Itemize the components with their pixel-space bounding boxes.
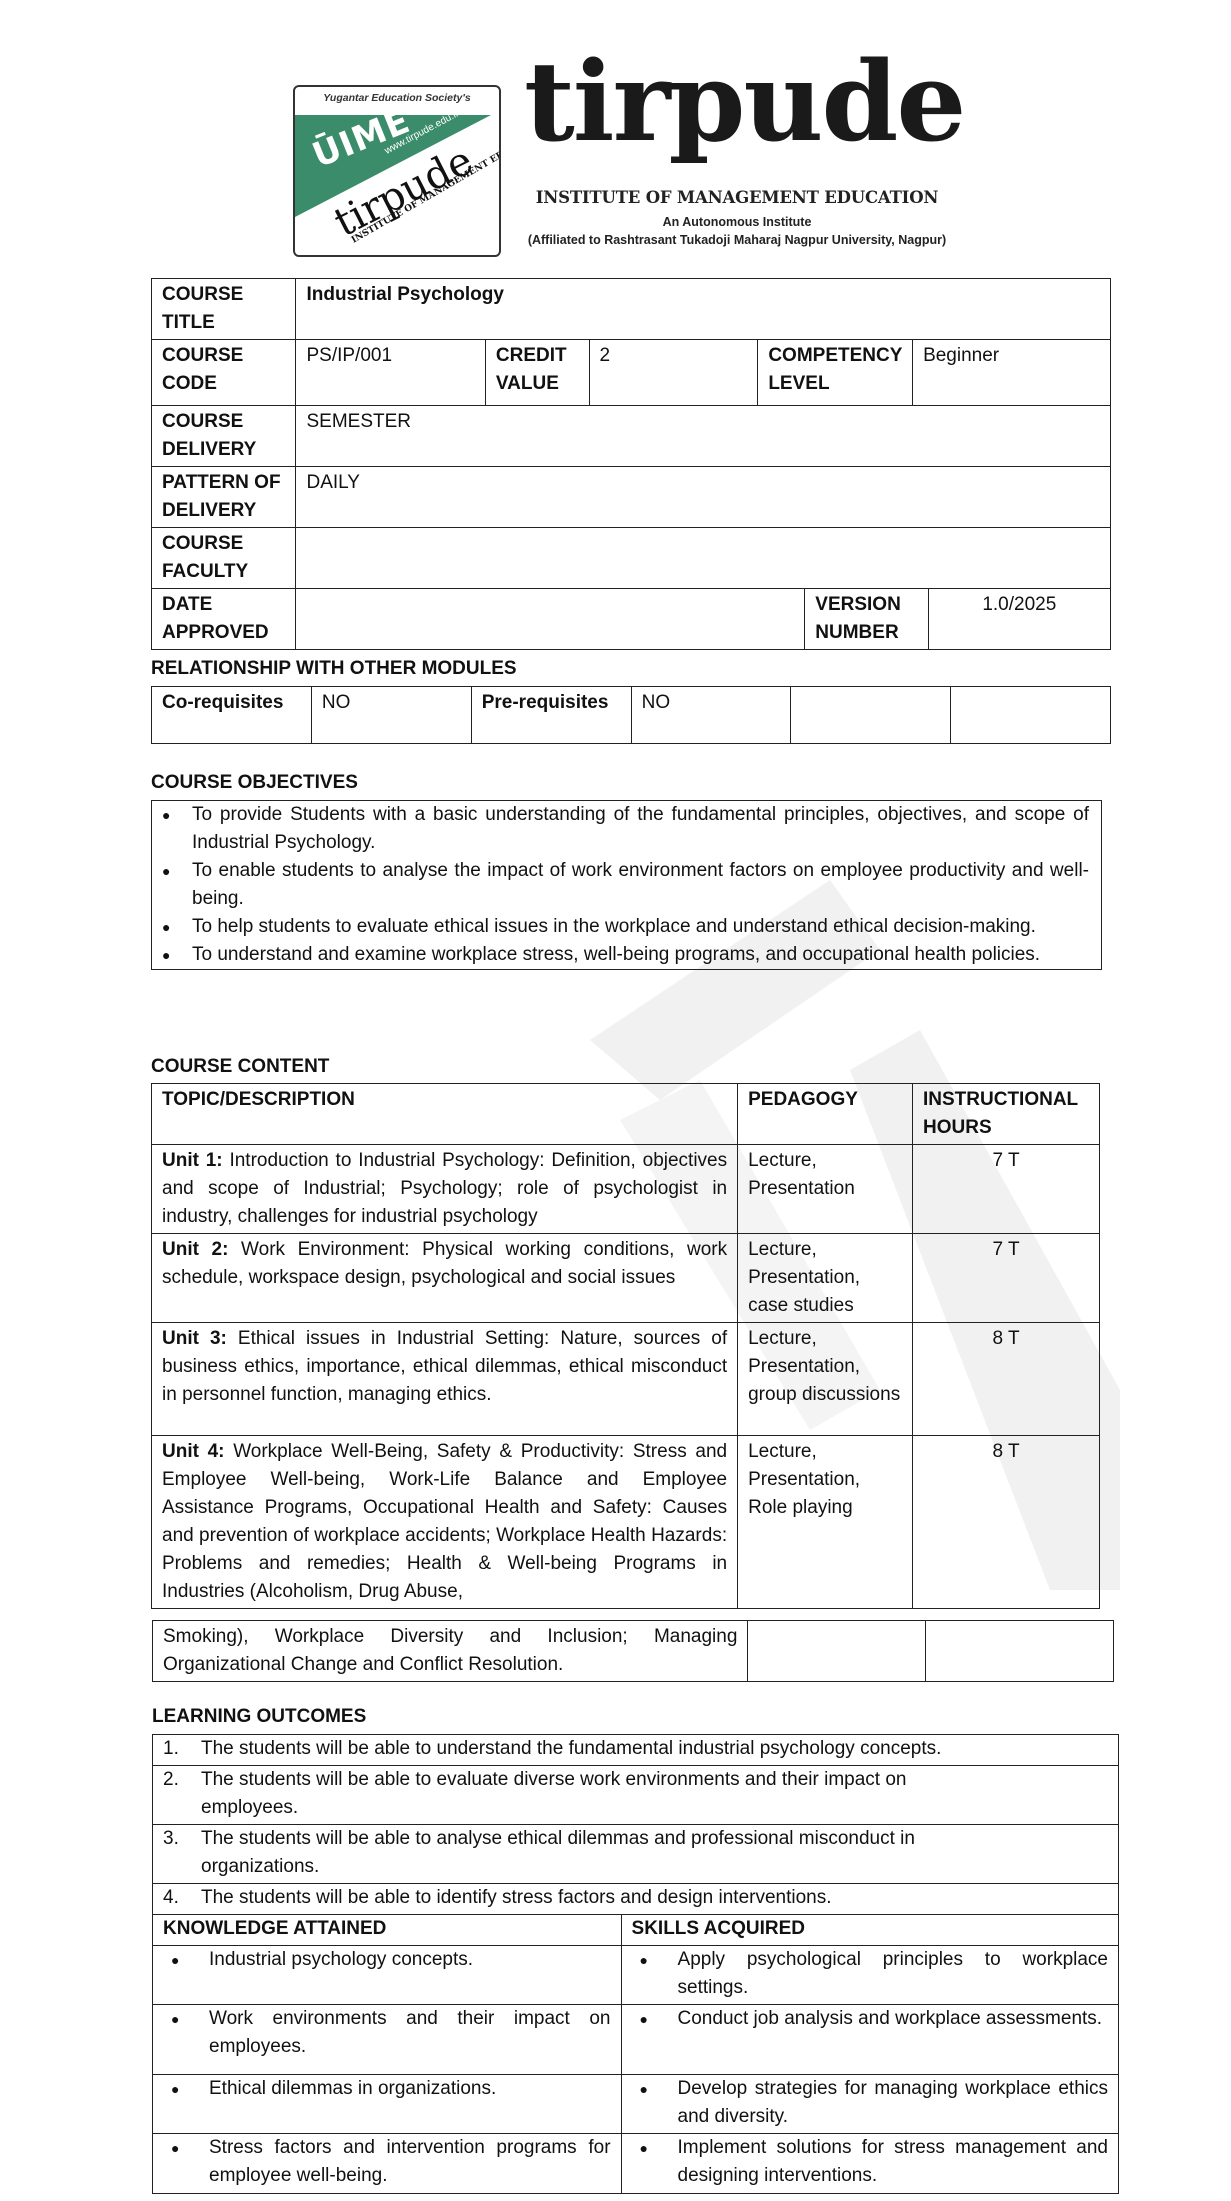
continuation-text: Smoking), Workplace Diversity and Inclus… — [153, 1621, 748, 1682]
bullet-icon: ● — [632, 2134, 678, 2190]
outcome-row: 2.The students will be able to evaluate … — [153, 1766, 1119, 1825]
outcome-row: 4.The students will be able to identify … — [153, 1884, 1119, 1915]
empty-cell — [926, 1621, 1114, 1682]
course-delivery-label: COURSE DELIVERY — [152, 406, 296, 467]
content-title: COURSE CONTENT — [151, 1056, 329, 1078]
header-topic: TOPIC/DESCRIPTION — [152, 1084, 738, 1145]
unit-label: Unit 1: — [162, 1150, 223, 1171]
outcome-pair-row: ●Industrial psychology concepts. ●Apply … — [153, 1946, 1119, 2005]
unit-pedagogy: Lecture, Presentation, case studies — [738, 1234, 913, 1323]
outcome-number: 2. — [163, 1766, 201, 1822]
faculty-label: COURSE FACULTY — [152, 528, 296, 589]
knowledge-item: Industrial psychology concepts. — [209, 1946, 611, 1974]
affiliation-label: (Affiliated to Rashtrasant Tukadoji Maha… — [520, 233, 954, 247]
course-delivery-value: SEMESTER — [296, 406, 1111, 467]
course-title-value: Industrial Psychology — [296, 279, 1111, 340]
objectives-box: To provide Students with a basic underst… — [151, 800, 1102, 970]
brand-name: tirpude — [524, 30, 964, 173]
competency-level-label: COMPETENCY LEVEL — [758, 340, 913, 406]
competency-level-value: Beginner — [913, 340, 1111, 406]
empty-cell — [951, 687, 1111, 744]
bullet-icon: ● — [163, 2005, 209, 2061]
unit-text: Work Environment: Physical working condi… — [162, 1239, 727, 1288]
empty-cell — [748, 1621, 926, 1682]
course-content-table: TOPIC/DESCRIPTION PEDAGOGY INSTRUCTIONAL… — [151, 1083, 1100, 1609]
credit-value: 2 — [589, 340, 758, 406]
course-content-continuation: Smoking), Workplace Diversity and Inclus… — [152, 1620, 1114, 1682]
unit-label: Unit 4: — [162, 1441, 225, 1462]
outcome-number: 3. — [163, 1825, 201, 1881]
knowledge-item: Work environments and their impact on em… — [209, 2005, 611, 2061]
course-title-label: COURSE TITLE — [152, 279, 296, 340]
objective-item: To enable students to analyse the impact… — [152, 857, 1089, 913]
relationship-title: RELATIONSHIP WITH OTHER MODULES — [151, 658, 517, 680]
date-approved-value — [296, 589, 805, 650]
version-value: 1.0/2025 — [928, 589, 1110, 650]
pre-requisites-value: NO — [631, 687, 791, 744]
unit-hours: 8 T — [913, 1436, 1100, 1609]
outcome-text: The students will be able to analyse eth… — [201, 1825, 1108, 1881]
institute-name: INSTITUTE OF MANAGEMENT EDUCATION — [522, 188, 952, 207]
bullet-icon: ● — [163, 2075, 209, 2103]
outcome-text: The students will be able to identify st… — [201, 1884, 1108, 1912]
skill-item: Develop strategies for managing workplac… — [678, 2075, 1108, 2131]
unit-row: Unit 2: Work Environment: Physical worki… — [152, 1234, 1100, 1323]
empty-cell — [791, 687, 951, 744]
bullet-icon: ● — [632, 2075, 678, 2131]
unit-label: Unit 3: — [162, 1328, 227, 1349]
outcome-row: 3.The students will be able to analyse e… — [153, 1825, 1119, 1884]
autonomous-label: An Autonomous Institute — [520, 215, 954, 229]
header-hours: INSTRUCTIONAL HOURS — [913, 1084, 1100, 1145]
skill-item: Apply psychological principles to workpl… — [678, 1946, 1108, 2002]
date-approved-label: DATE APPROVED — [152, 589, 296, 650]
outcome-pair-row: ●Work environments and their impact on e… — [153, 2005, 1119, 2075]
unit-hours: 8 T — [913, 1323, 1100, 1436]
objective-item: To understand and examine workplace stre… — [152, 941, 1089, 969]
version-label: VERSION NUMBER — [805, 589, 928, 650]
outcome-text: The students will be able to understand … — [201, 1735, 1108, 1763]
outcome-number: 1. — [163, 1735, 201, 1763]
objectives-title: COURSE OBJECTIVES — [151, 772, 358, 794]
knowledge-item: Stress factors and intervention programs… — [209, 2134, 611, 2190]
pattern-value: DAILY — [296, 467, 1111, 528]
course-code-value: PS/IP/001 — [296, 340, 485, 406]
credit-value-label: CREDIT VALUE — [485, 340, 589, 406]
skill-item: Implement solutions for stress managemen… — [678, 2134, 1108, 2190]
learning-outcomes-table: 1.The students will be able to understan… — [152, 1734, 1119, 2194]
skills-header: SKILLS ACQUIRED — [621, 1915, 1118, 1946]
objective-item: To help students to evaluate ethical iss… — [152, 913, 1089, 941]
brand-header: tirpude INSTITUTE OF MANAGEMENT EDUCATIO… — [520, 58, 950, 258]
course-code-label: COURSE CODE — [152, 340, 296, 406]
unit-pedagogy: Lecture, Presentation, group discussions — [738, 1323, 913, 1436]
unit-text: Workplace Well-Being, Safety & Productiv… — [162, 1441, 727, 1602]
unit-pedagogy: Lecture, Presentation — [738, 1145, 913, 1234]
header-pedagogy: PEDAGOGY — [738, 1084, 913, 1145]
institute-logo: Yugantar Education Society's ŪIME www.ti… — [293, 85, 501, 257]
knowledge-header: KNOWLEDGE ATTAINED — [153, 1915, 622, 1946]
co-requisites-value: NO — [311, 687, 471, 744]
unit-text: Ethical issues in Industrial Setting: Na… — [162, 1328, 727, 1405]
outcome-number: 4. — [163, 1884, 201, 1912]
outcome-pair-row: ●Ethical dilemmas in organizations. ●Dev… — [153, 2075, 1119, 2134]
unit-row: Unit 4: Workplace Well-Being, Safety & P… — [152, 1436, 1100, 1609]
outcome-text: The students will be able to evaluate di… — [201, 1766, 1108, 1822]
knowledge-item: Ethical dilemmas in organizations. — [209, 2075, 611, 2103]
unit-label: Unit 2: — [162, 1239, 228, 1260]
outcome-row: 1.The students will be able to understan… — [153, 1735, 1119, 1766]
bullet-icon: ● — [163, 2134, 209, 2190]
outcomes-title: LEARNING OUTCOMES — [152, 1706, 366, 1728]
faculty-value — [296, 528, 1111, 589]
skill-item: Conduct job analysis and workplace asses… — [678, 2005, 1108, 2033]
pattern-label: PATTERN OF DELIVERY — [152, 467, 296, 528]
unit-hours: 7 T — [913, 1145, 1100, 1234]
unit-row: Unit 3: Ethical issues in Industrial Set… — [152, 1323, 1100, 1436]
bullet-icon: ● — [163, 1946, 209, 1974]
objective-item: To provide Students with a basic underst… — [152, 801, 1089, 857]
unit-text: Introduction to Industrial Psychology: D… — [162, 1150, 727, 1227]
unit-hours: 7 T — [913, 1234, 1100, 1323]
unit-row: Unit 1: Introduction to Industrial Psych… — [152, 1145, 1100, 1234]
relationship-table: Co-requisites NO Pre-requisites NO — [151, 686, 1111, 744]
co-requisites-label: Co-requisites — [152, 687, 312, 744]
objectives-list: To provide Students with a basic underst… — [152, 801, 1089, 969]
pre-requisites-label: Pre-requisites — [471, 687, 631, 744]
bullet-icon: ● — [632, 2005, 678, 2033]
course-info-table: COURSE TITLE Industrial Psychology COURS… — [151, 278, 1111, 650]
bullet-icon: ● — [632, 1946, 678, 2002]
outcome-pair-row: ●Stress factors and intervention program… — [153, 2134, 1119, 2194]
unit-pedagogy: Lecture, Presentation, Role playing — [738, 1436, 913, 1609]
